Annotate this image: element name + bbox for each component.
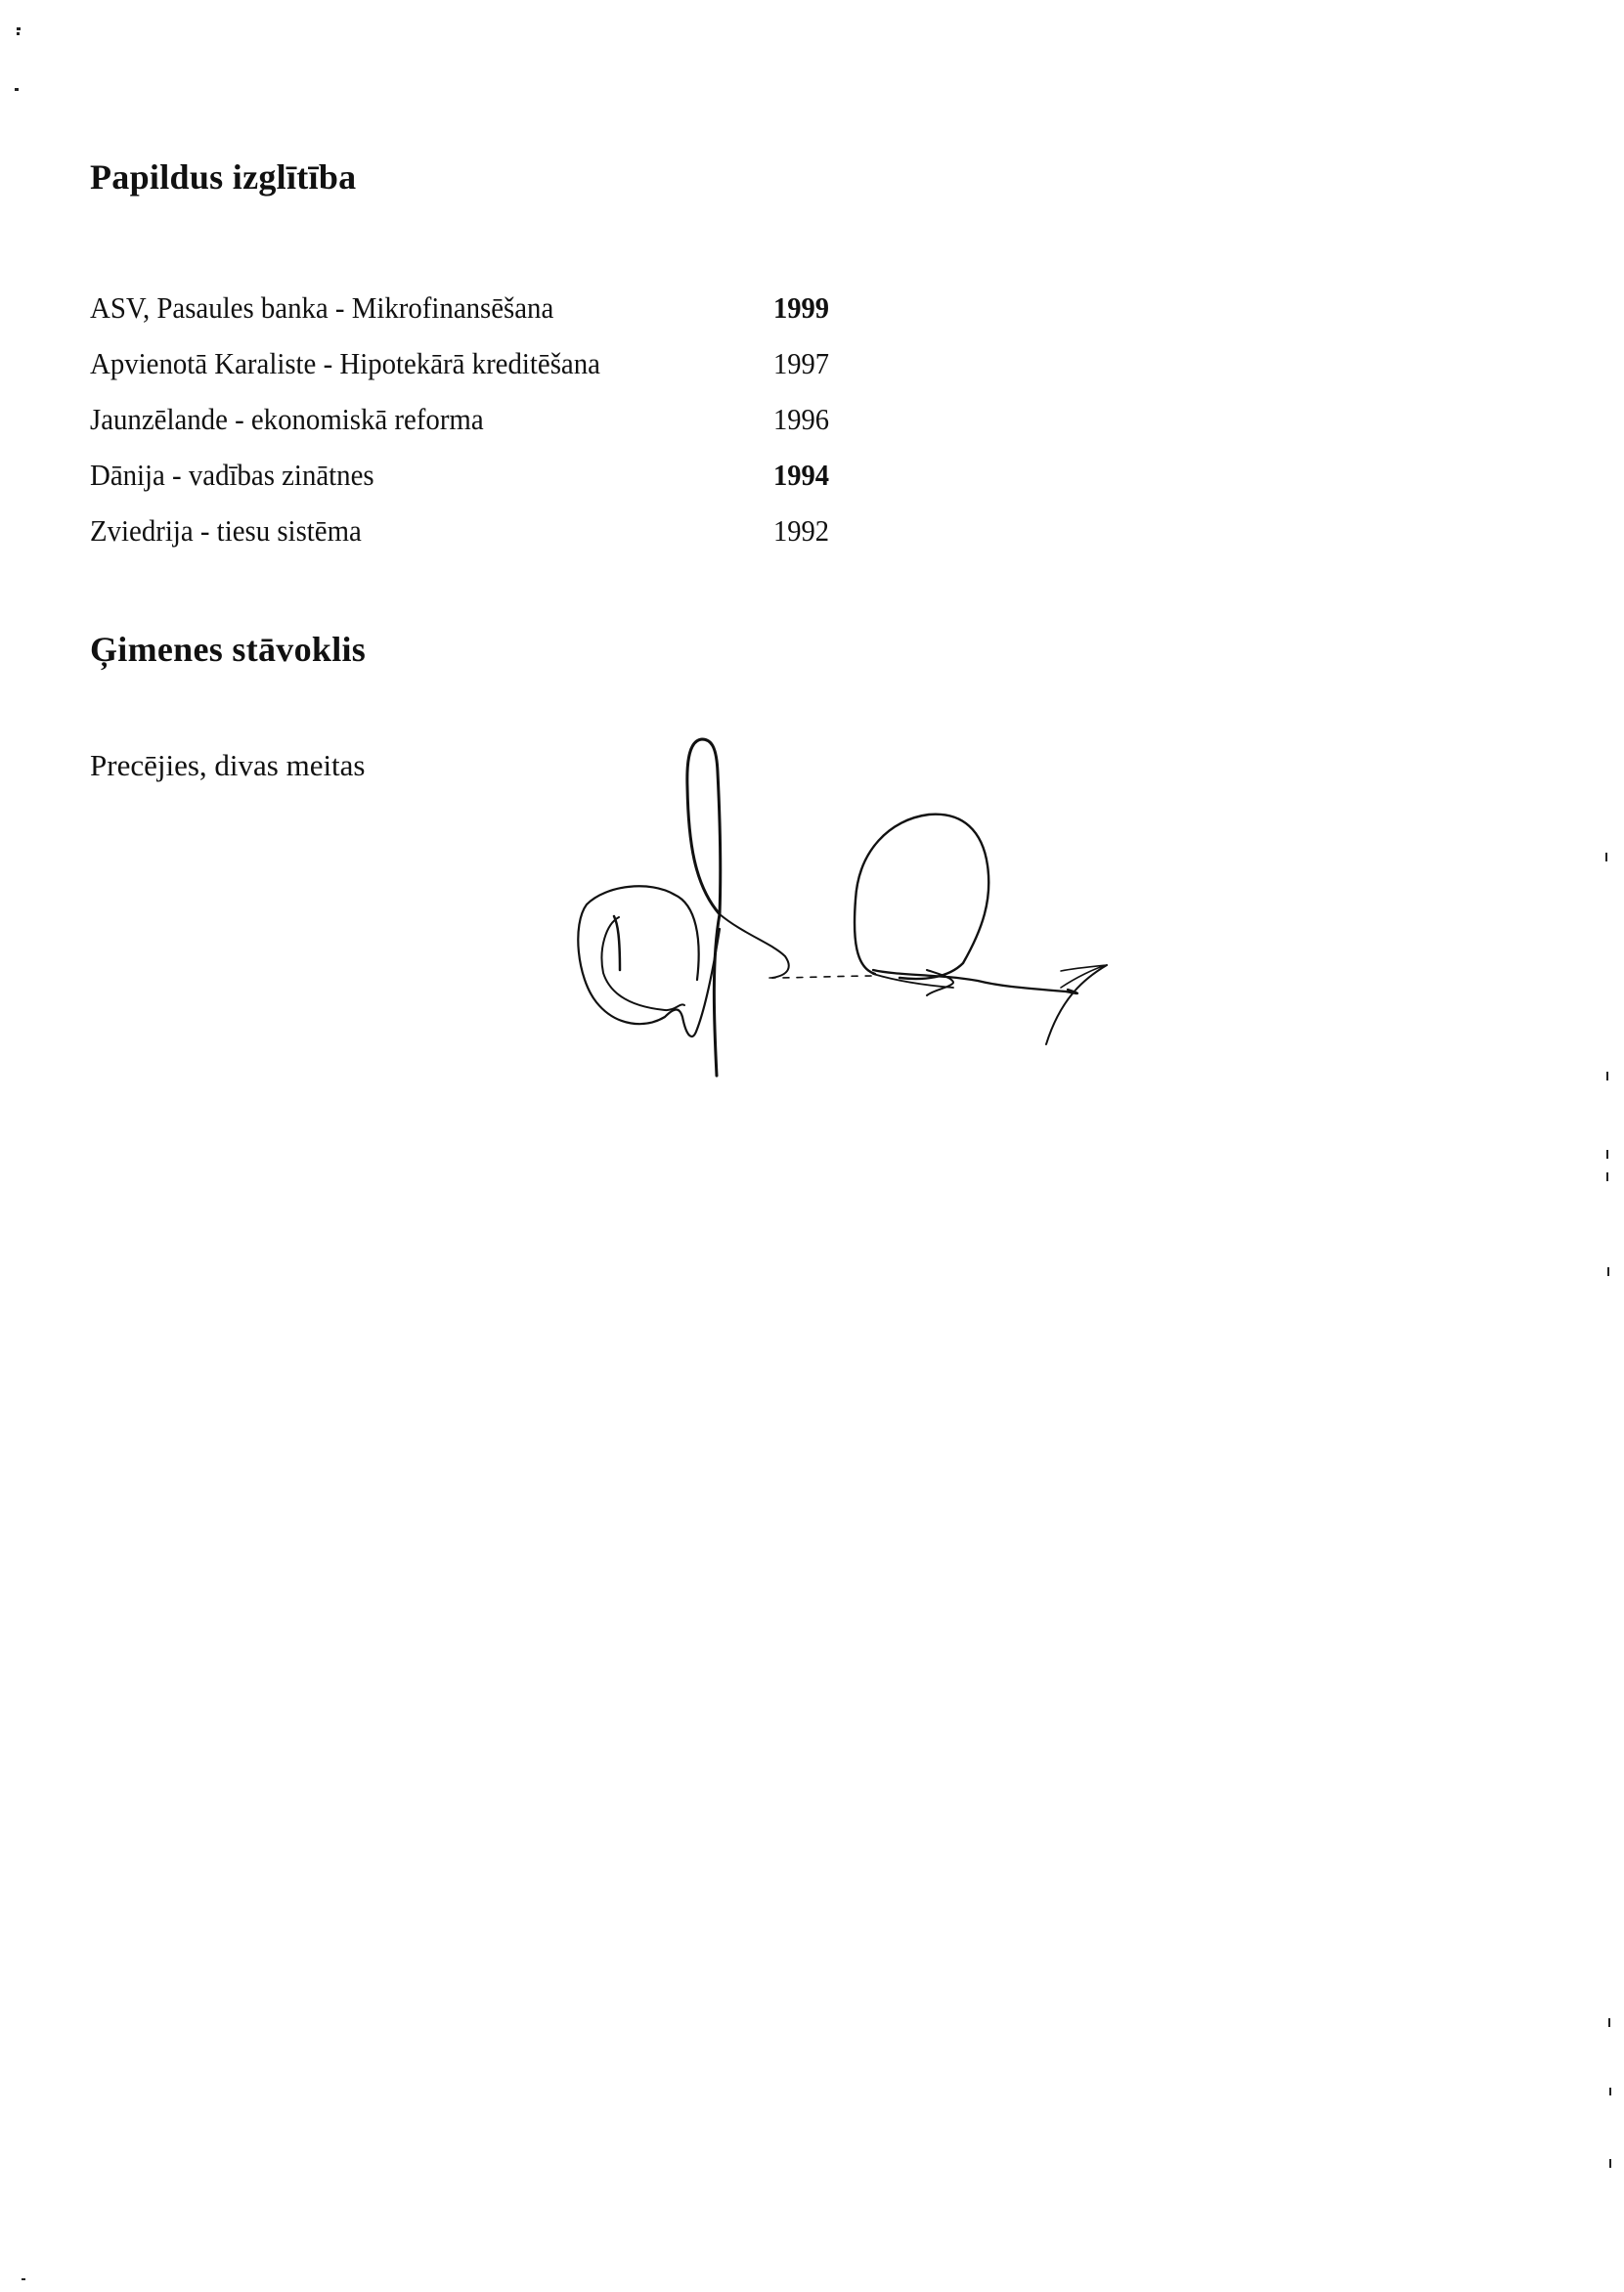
scan-artifact [1606,1172,1608,1181]
scan-artifact [1607,1267,1609,1276]
scan-artifact [22,2278,25,2280]
scan-artifact [1609,2159,1611,2168]
scan-artifact [1609,2088,1611,2095]
signature [0,0,1624,1173]
scan-artifact [1608,2018,1610,2027]
document-page: Papildus izglītība ASV, Pasaules banka -… [0,0,1624,2292]
